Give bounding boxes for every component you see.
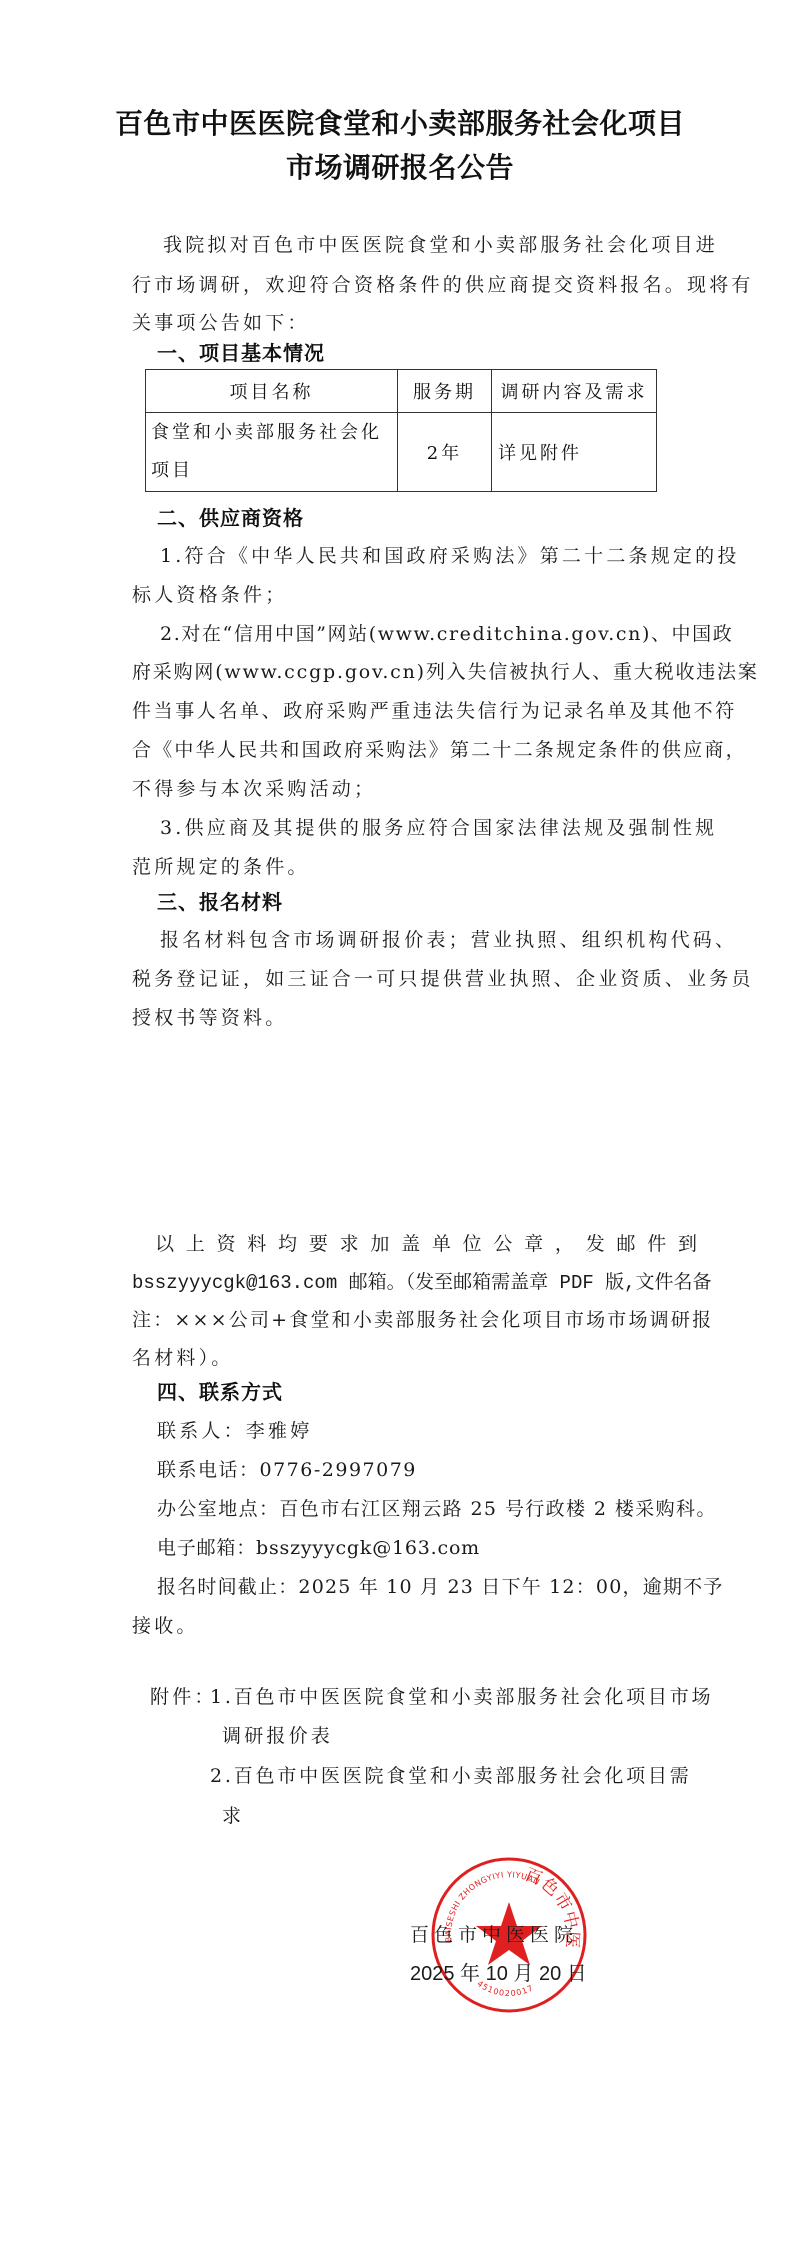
page-title-line-2: 市场调研报名公告 xyxy=(100,146,700,186)
cell-project-name-line-1: 食堂和小卖部服务社会化 xyxy=(151,414,391,452)
intro-line-3: 关事项公告如下： xyxy=(132,308,310,335)
attachment-2-line-1: 2.百色市中医医院食堂和小卖部服务社会化项目需 xyxy=(210,1761,692,1788)
qualification-line-9: 范所规定的条件。 xyxy=(132,852,310,879)
cell-project-name: 食堂和小卖部服务社会化 项目 xyxy=(146,413,398,492)
announcement-page: 百色市中医医院食堂和小卖部服务社会化项目 市场调研报名公告 我院拟对百色市中医医… xyxy=(0,0,800,2263)
submission-line-2: bsszyyycgk@163.com 邮箱。（发至邮箱需盖章 PDF 版,文件名… xyxy=(132,1267,712,1294)
table-row: 食堂和小卖部服务社会化 项目 2年 详见附件 xyxy=(146,413,657,492)
qualification-line-7: 不得参与本次采购活动； xyxy=(132,774,376,801)
submission-line-2-text: bsszyyycgk@163.com 邮箱。（发至邮箱需盖章 PDF 版,文件名… xyxy=(132,1272,712,1294)
page-title-line-1: 百色市中医医院食堂和小卖部服务社会化项目 xyxy=(100,102,700,142)
qualification-line-8: 3.供应商及其提供的服务应符合国家法律法规及强制性规 xyxy=(160,813,717,840)
attachment-2-line-2: 求 xyxy=(222,1801,244,1828)
header-project-name: 项目名称 xyxy=(146,370,398,413)
qualification-line-3: 2.对在“信用中国”网站(www.creditchina.gov.cn)、中国政 xyxy=(160,619,733,646)
cell-research-content: 详见附件 xyxy=(492,413,657,492)
attachments-label: 附件： xyxy=(150,1682,217,1709)
attachment-1-line-2: 调研报价表 xyxy=(222,1721,333,1748)
signature-organization: 百色市中医医院 xyxy=(410,1920,578,1947)
office-address: 办公室地点：百色市右江区翔云路 25 号行政楼 2 楼采购科。 xyxy=(157,1494,717,1521)
header-research-content: 调研内容及需求 xyxy=(492,370,657,413)
contact-phone: 联系电话：0776-2997079 xyxy=(157,1455,417,1482)
section-3-heading: 三、报名材料 xyxy=(157,886,283,915)
section-4-heading: 四、联系方式 xyxy=(157,1376,283,1405)
section-2-heading: 二、供应商资格 xyxy=(157,502,304,531)
intro-line-2: 行市场调研，欢迎符合资格条件的供应商提交资料报名。现将有 xyxy=(132,270,754,297)
contact-person: 联系人：李雅婷 xyxy=(157,1416,312,1443)
header-service-period: 服务期 xyxy=(398,370,492,413)
table-header-row: 项目名称 服务期 调研内容及需求 xyxy=(146,370,657,413)
cell-service-period: 2年 xyxy=(398,413,492,492)
qualification-line-6: 合《中华人民共和国政府采购法》第二十二条规定条件的供应商， xyxy=(132,735,747,762)
qualification-line-1: 1.符合《中华人民共和国政府采购法》第二十二条规定的投 xyxy=(160,541,740,568)
deadline-line-1: 报名时间截止：2025 年 10 月 23 日下午 12：00，逾期不予 xyxy=(157,1572,724,1599)
submission-line-1: 以上资料均要求加盖单位公章，发邮件到 xyxy=(155,1229,697,1256)
qualification-line-4: 府采购网(www.ccgp.gov.cn)列入失信被执行人、重大税收违法案 xyxy=(132,657,759,684)
submission-line-3: 注：×××公司+食堂和小卖部服务社会化项目市场市场调研报 xyxy=(132,1305,713,1332)
section-1-heading: 一、项目基本情况 xyxy=(157,337,325,366)
deadline-line-2: 接收。 xyxy=(132,1611,199,1638)
project-info-table: 项目名称 服务期 调研内容及需求 食堂和小卖部服务社会化 项目 2年 详见附件 xyxy=(145,369,657,492)
signature-date: 2025 年 10 月 20 日 xyxy=(410,1957,587,1986)
cell-project-name-line-2: 项目 xyxy=(151,452,391,490)
contact-email: 电子邮箱：bsszyyycgk@163.com xyxy=(157,1533,480,1560)
materials-line-3: 授权书等资料。 xyxy=(132,1003,287,1030)
materials-line-2: 税务登记证，如三证合一可只提供营业执照、企业资质、业务员 xyxy=(132,964,754,991)
qualification-line-2: 标人资格条件； xyxy=(132,580,287,607)
intro-line-1: 我院拟对百色市中医医院食堂和小卖部服务社会化项目进 xyxy=(163,230,718,257)
materials-line-1: 报名材料包含市场调研报价表；营业执照、组织机构代码、 xyxy=(160,925,737,952)
attachment-1-line-1: 1.百色市中医医院食堂和小卖部服务社会化项目市场 xyxy=(210,1682,713,1709)
qualification-line-5: 件当事人名单、政府采购严重违法失信行为记录名单及其他不符 xyxy=(132,696,737,723)
submission-line-4: 名材料）。 xyxy=(132,1343,234,1370)
